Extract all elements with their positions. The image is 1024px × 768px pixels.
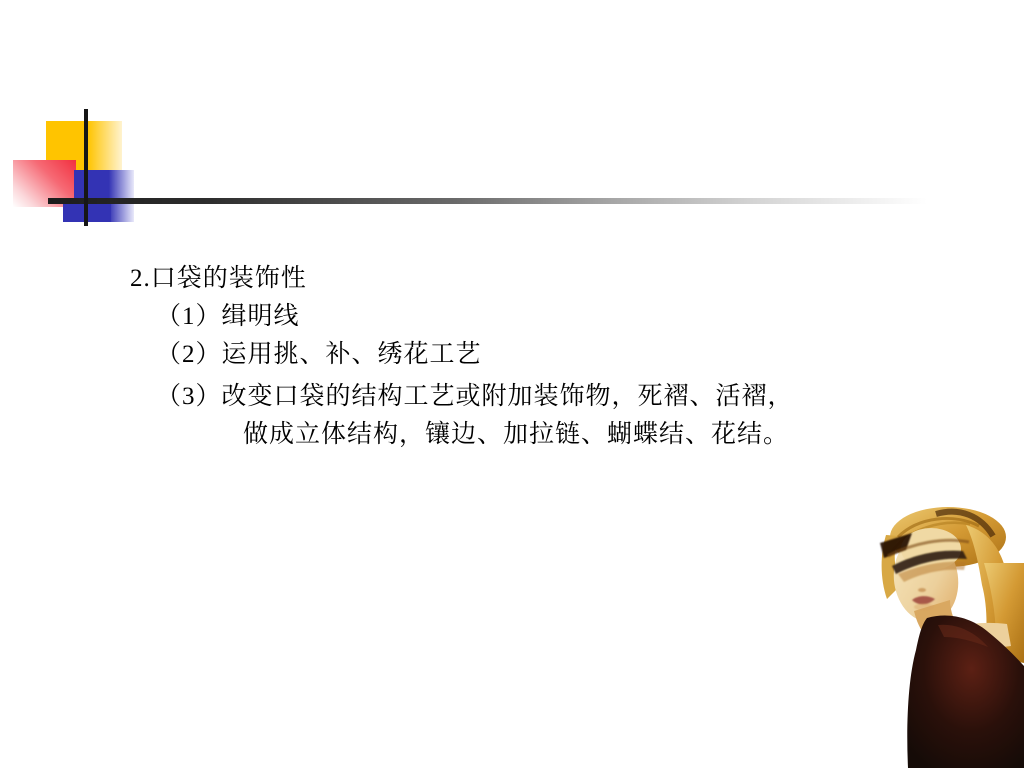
text-line-item-1: （1）缉明线 [156, 298, 900, 336]
text-line-item-3: （3）改变口袋的结构工艺或附加装饰物，死褶、活褶， [156, 378, 900, 416]
presentation-slide: 2.口袋的装饰性 （1）缉明线 （2）运用挑、补、绣花工艺 （3）改变口袋的结构… [0, 0, 1024, 768]
slide-corner-decoration [0, 0, 1024, 240]
text-line-item-2: （2）运用挑、补、绣花工艺 [156, 336, 900, 374]
slide-body-text: 2.口袋的装饰性 （1）缉明线 （2）运用挑、补、绣花工艺 （3）改变口袋的结构… [0, 260, 900, 454]
decoration-horizontal-rule [48, 198, 954, 204]
text-line-item-3-continued: 做成立体结构，镶边、加拉链、蝴蝶结、花结。 [243, 416, 900, 454]
decoration-vertical-line [84, 109, 88, 226]
text-line-heading: 2.口袋的装饰性 [130, 260, 900, 298]
fashion-model-photo [878, 505, 1024, 768]
